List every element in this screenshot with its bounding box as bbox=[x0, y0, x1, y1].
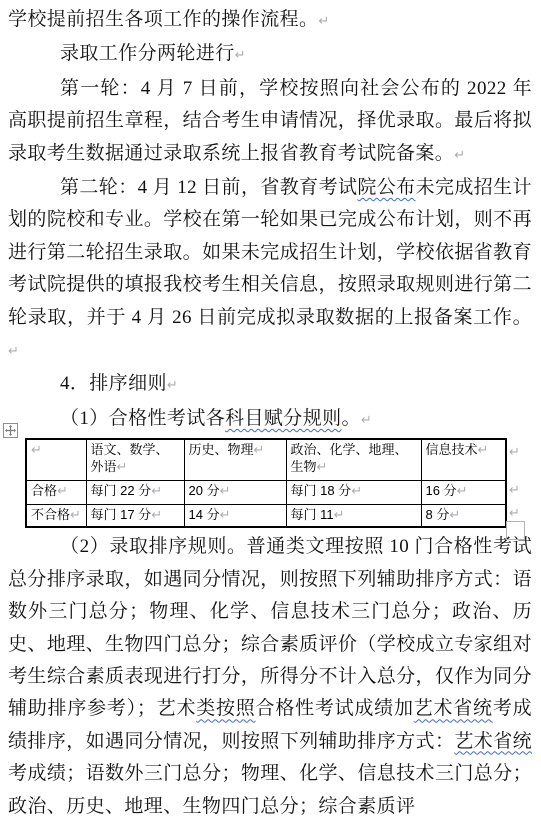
cell-text: 每门 11 bbox=[291, 507, 334, 522]
text-run: 合格性考试成绩加 bbox=[256, 698, 414, 719]
table-resize-handle[interactable] bbox=[506, 521, 525, 540]
text-run: 未完成招生计划的院校和专业。学校在第一轮如果已完成公布计划，则不再进行第二轮招生… bbox=[8, 177, 532, 328]
table-header-cell: ↵ bbox=[26, 439, 86, 480]
paragraph-mark-icon: ↵ bbox=[361, 413, 372, 428]
paragraph-mark-icon: ↵ bbox=[31, 443, 42, 458]
paragraph: 学校提前招生各项工作的操作流程。↵ bbox=[8, 4, 532, 38]
misspelled-text-run: 艺术省统 bbox=[454, 731, 532, 752]
move-cross-icon bbox=[5, 425, 16, 436]
end-of-row-mark-icon: ↵ bbox=[509, 483, 520, 498]
end-of-row-mark-icon: ↵ bbox=[509, 445, 520, 460]
table-header-cell: 历史、物理↵ bbox=[184, 439, 286, 480]
misspelled-text-run: 院公布 bbox=[357, 177, 415, 198]
paragraph-mark-icon: ↵ bbox=[235, 48, 246, 63]
cell-text: 信息技术 bbox=[426, 442, 478, 457]
paragraph-mark-icon: ↵ bbox=[167, 378, 178, 393]
table-header-row: ↵ 语文、数学、外语↵ 历史、物理↵ 政治、化学、地理、生物↵ 信息技术↵ bbox=[26, 439, 506, 480]
paragraph-mark-icon: ↵ bbox=[457, 484, 468, 499]
misspelled-text-run: 类按照 bbox=[196, 698, 255, 719]
paragraph-mark-icon: ↵ bbox=[449, 508, 460, 523]
table-header-cell: 政治、化学、地理、生物↵ bbox=[286, 439, 421, 480]
table-row: 合格↵ 每门 22 分↵ 20 分↵ 每门 18 分↵ 16 分↵ bbox=[26, 480, 506, 504]
score-table-region: ↵ 语文、数学、外语↵ 历史、物理↵ 政治、化学、地理、生物↵ 信息技术↵ 合格… bbox=[8, 438, 532, 528]
table-cell: 8 分↵ bbox=[421, 504, 506, 527]
table-cell: 每门 18 分↵ bbox=[286, 480, 421, 504]
cell-text: 政治、化学、地理、生物 bbox=[291, 442, 408, 474]
text-run: （2）录取排序规则。普通类文理按照 10 门合格性考试总分排序录取，如遇同分情况… bbox=[8, 536, 532, 719]
paragraph-mark-icon: ↵ bbox=[317, 460, 328, 475]
table-header-cell: 信息技术↵ bbox=[421, 439, 506, 480]
paragraph-mark-icon: ↵ bbox=[478, 443, 489, 458]
cell-text: 16 分 bbox=[426, 483, 457, 498]
paragraph-mark-icon: ↵ bbox=[151, 484, 162, 499]
table-cell: 每门 22 分↵ bbox=[86, 480, 184, 504]
paragraph: 录取工作分两轮进行↵ bbox=[8, 38, 532, 72]
text-run: 4．排序细则 bbox=[60, 373, 167, 394]
paragraph-mark-icon: ↵ bbox=[117, 460, 128, 475]
cell-text: 每门 17 分 bbox=[91, 507, 152, 522]
paragraph-mark-icon: ↵ bbox=[57, 484, 68, 499]
end-of-row-mark-icon: ↵ bbox=[509, 506, 520, 521]
paragraph-mark-icon: ↵ bbox=[254, 443, 265, 458]
misspelled-text-run: 艺术省统 bbox=[414, 698, 493, 719]
row-label-cell: 不合格↵ bbox=[26, 504, 86, 527]
cell-text: 20 分 bbox=[189, 483, 220, 498]
paragraph-mark-icon: ↵ bbox=[351, 484, 362, 499]
cell-text: 语文、数学、外语 bbox=[91, 442, 169, 474]
cell-text: 历史、物理 bbox=[189, 442, 254, 457]
paragraph-mark-icon: ↵ bbox=[220, 508, 231, 523]
cell-text: 8 分 bbox=[426, 507, 450, 522]
paragraph-mark-icon: ↵ bbox=[151, 508, 162, 523]
cell-text: 每门 22 分 bbox=[91, 483, 152, 498]
table-cell: 20 分↵ bbox=[184, 480, 286, 504]
text-run: 。 bbox=[342, 408, 361, 429]
table-cell: 14 分↵ bbox=[184, 504, 286, 527]
paragraph-mark-icon: ↵ bbox=[70, 508, 81, 523]
misspelled-text-run: 科目赋分规则 bbox=[225, 408, 341, 429]
document-page[interactable]: 学校提前招生各项工作的操作流程。↵ 录取工作分两轮进行↵ 第一轮：4 月 7 日… bbox=[0, 0, 541, 820]
text-run: （1）合格性考试各 bbox=[60, 408, 225, 429]
text-run: 录取工作分两轮进行 bbox=[60, 43, 235, 64]
paragraph: 第二轮：4 月 12 日前，省教育考试院公布未完成招生计划的院校和专业。学校在第… bbox=[8, 172, 532, 368]
cell-text: 14 分 bbox=[189, 507, 220, 522]
paragraph-mark-icon: ↵ bbox=[318, 14, 329, 29]
paragraph-mark-icon: ↵ bbox=[220, 484, 231, 499]
cell-text: 合格 bbox=[31, 483, 57, 498]
table-cell: 每门 11↵ bbox=[286, 504, 421, 527]
paragraph: （1）合格性考试各科目赋分规则。↵ bbox=[8, 403, 532, 437]
table-header-cell: 语文、数学、外语↵ bbox=[86, 439, 184, 480]
cell-text: 不合格 bbox=[31, 507, 70, 522]
text-run: 第二轮：4 月 12 日前，省教育考试 bbox=[60, 177, 357, 198]
score-table: ↵ 语文、数学、外语↵ 历史、物理↵ 政治、化学、地理、生物↵ 信息技术↵ 合格… bbox=[25, 438, 507, 528]
paragraph: 4．排序细则↵ bbox=[8, 368, 532, 402]
paragraph: （2）录取排序规则。普通类文理按照 10 门合格性考试总分排序录取，如遇同分情况… bbox=[8, 531, 532, 820]
row-label-cell: 合格↵ bbox=[26, 480, 86, 504]
table-cell: 每门 17 分↵ bbox=[86, 504, 184, 527]
paragraph-mark-icon: ↵ bbox=[454, 148, 465, 163]
table-cell: 16 分↵ bbox=[421, 480, 506, 504]
paragraph-mark-icon: ↵ bbox=[334, 508, 345, 523]
cell-text: 每门 18 分 bbox=[291, 483, 352, 498]
table-row: 不合格↵ 每门 17 分↵ 14 分↵ 每门 11↵ 8 分↵ bbox=[26, 504, 506, 527]
paragraph: 第一轮：4 月 7 日前，学校按照向社会公布的 2022 年高职提前招生章程，结… bbox=[8, 73, 532, 172]
text-run: 考成绩；语数外三门总分；物理、化学、信息技术三门总分；政治、历史、地理、生物四门… bbox=[8, 763, 532, 816]
paragraph-mark-icon: ↵ bbox=[8, 344, 19, 359]
text-run: 学校提前招生各项工作的操作流程。 bbox=[8, 9, 318, 30]
table-move-handle[interactable] bbox=[3, 423, 18, 438]
